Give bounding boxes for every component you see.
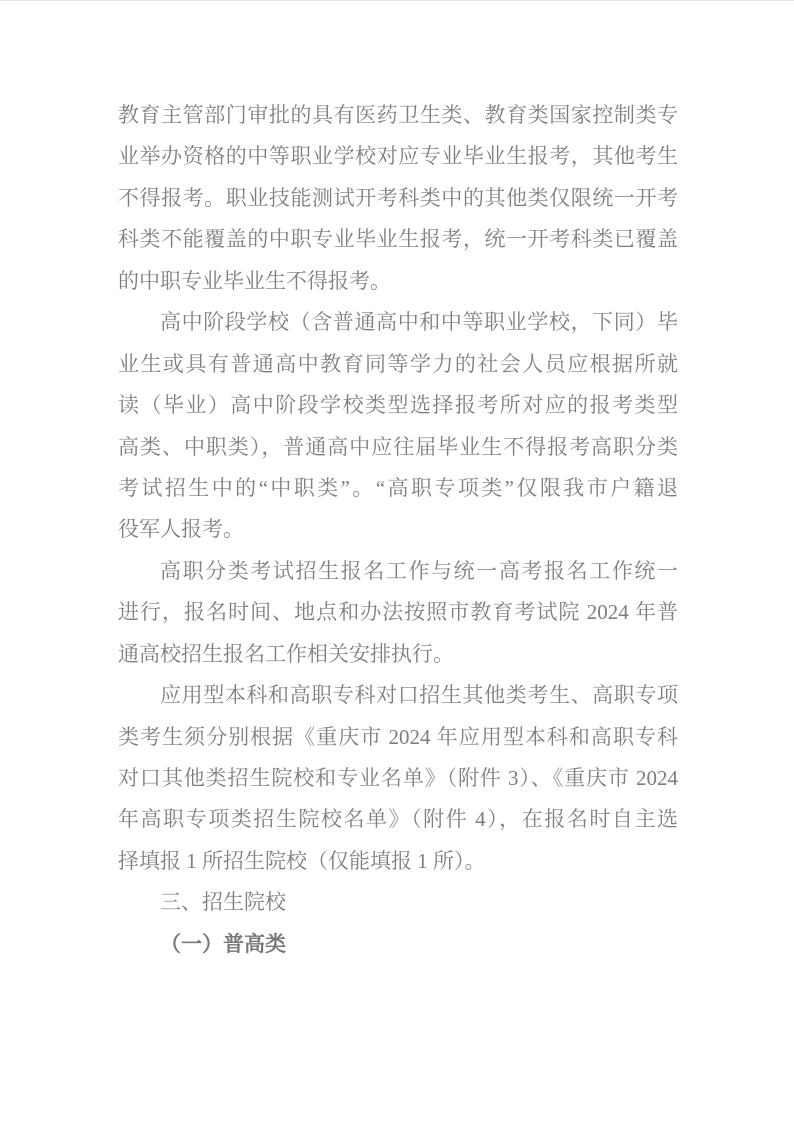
page-top-edge — [0, 0, 794, 1]
text-line: 通高校招生报名工作相关安排执行。 — [118, 634, 678, 675]
text-line: 役军人报考。 — [118, 509, 678, 550]
text-line: 高中阶段学校（含普通高中和中等职业学校，下同）毕 — [118, 302, 678, 343]
section-heading: 三、招生院校 — [118, 882, 678, 923]
text-line: 业生或具有普通高中教育同等学力的社会人员应根据所就 — [118, 344, 678, 385]
text-line: 业举办资格的中等职业学校对应专业毕业生报考，其他考生 — [118, 136, 678, 177]
text-line: 考试招生中的“中职类”。“高职专项类”仅限我市户籍退 — [118, 468, 678, 509]
text-line: 对口其他类招生院校和专业名单》（附件 3）、《重庆市 2024 — [118, 758, 678, 799]
text-line: 进行，报名时间、地点和办法按照市教育考试院 2024 年普 — [118, 592, 678, 633]
text-line: 不得报考。职业技能测试开考科类中的其他类仅限统一开考 — [118, 178, 678, 219]
text-line: 高职分类考试招生报名工作与统一高考报名工作统一 — [118, 551, 678, 592]
text-line: 高类、中职类），普通高中应往届毕业生不得报考高职分类 — [118, 427, 678, 468]
document-body: 教育主管部门审批的具有医药卫生类、教育类国家控制类专 业举办资格的中等职业学校对… — [118, 95, 678, 965]
text-line: 读（毕业）高中阶段学校类型选择报考所对应的报考类型（普 — [118, 385, 678, 426]
text-line: 科类不能覆盖的中职专业毕业生报考，统一开考科类已覆盖 — [118, 219, 678, 260]
text-line: 的中职专业毕业生不得报考。 — [118, 261, 678, 302]
text-line: 类考生须分别根据《重庆市 2024 年应用型本科和高职专科 — [118, 717, 678, 758]
text-line: 择填报 1 所招生院校（仅能填报 1 所）。 — [118, 841, 678, 882]
subsection-heading: （一）普高类 — [118, 924, 678, 965]
text-line: 年高职专项类招生院校名单》（附件 4），在报名时自主选 — [118, 799, 678, 840]
text-line: 应用型本科和高职专科对口招生其他类考生、高职专项 — [118, 675, 678, 716]
document-page: 教育主管部门审批的具有医药卫生类、教育类国家控制类专 业举办资格的中等职业学校对… — [0, 0, 794, 1122]
text-line: 教育主管部门审批的具有医药卫生类、教育类国家控制类专 — [118, 95, 678, 136]
